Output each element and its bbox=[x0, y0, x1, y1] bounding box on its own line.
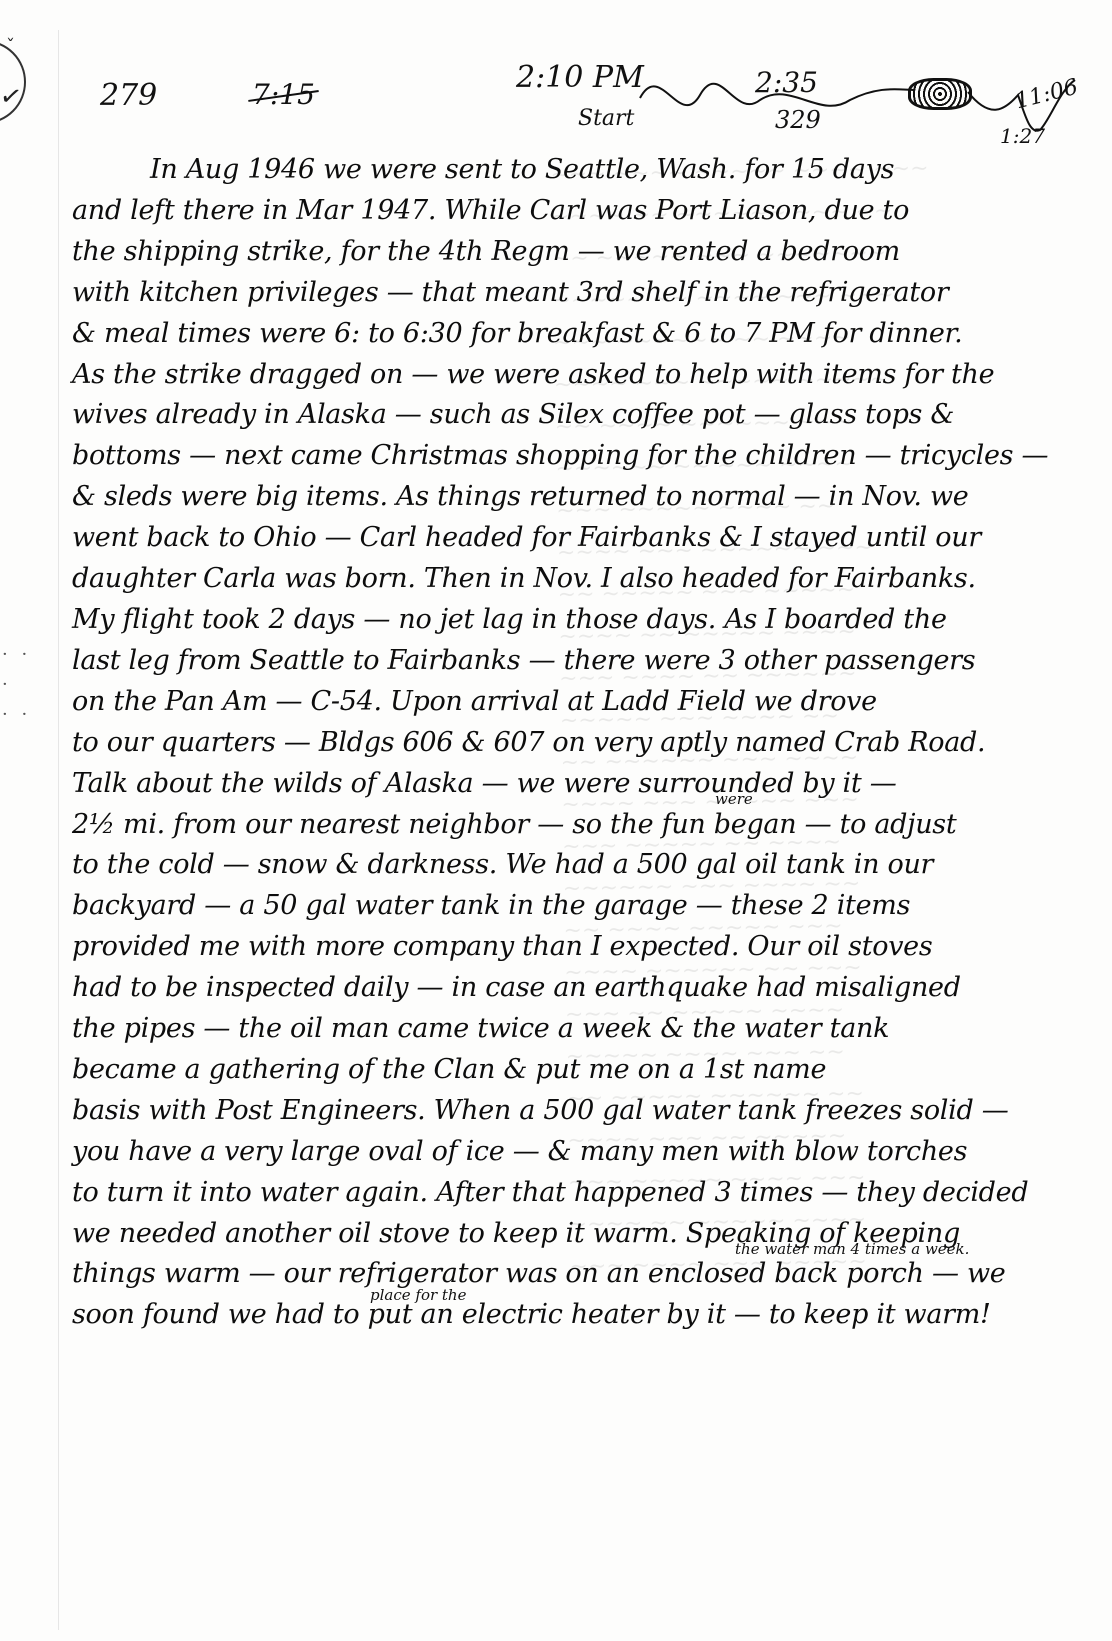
mid-count: 329 bbox=[775, 106, 821, 134]
text-line: to our quarters — Bldgs 606 & 607 on ver… bbox=[72, 723, 1072, 764]
margin-rule bbox=[58, 30, 59, 1630]
text-line: & meal times were 6: to 6:30 for breakfa… bbox=[72, 314, 1072, 355]
text-line: the pipes — the oil man came twice a wee… bbox=[72, 1009, 1072, 1050]
text-line: soon found we had to put an electric hea… bbox=[72, 1295, 1072, 1336]
text-line: to the cold — snow & darkness. We had a … bbox=[72, 845, 1072, 886]
text-line: 2½ mi. from our nearest neighbor — so th… bbox=[72, 805, 1072, 846]
check-mark-icon: ✓ bbox=[0, 80, 24, 113]
page-number: 279 bbox=[100, 78, 157, 113]
insertion-place-for-the: place for the bbox=[370, 1286, 466, 1304]
text-line: My flight took 2 days — no jet lag in th… bbox=[72, 600, 1072, 641]
text-line: wives already in Alaska — such as Silex … bbox=[72, 395, 1072, 436]
text-line: last leg from Seattle to Fairbanks — the… bbox=[72, 641, 1072, 682]
text-line: to turn it into water again. After that … bbox=[72, 1173, 1072, 1214]
start-label: Start bbox=[578, 106, 634, 131]
text-line: In Aug 1946 we were sent to Seattle, Was… bbox=[72, 150, 1072, 191]
corner-tick-mark: ˇ bbox=[6, 36, 15, 57]
text-line: provided me with more company than I exp… bbox=[72, 927, 1072, 968]
text-line: went back to Ohio — Carl headed for Fair… bbox=[72, 518, 1072, 559]
insertion-water-man-note: the water man 4 times a week. bbox=[735, 1240, 969, 1258]
text-line: daughter Carla was born. Then in Nov. I … bbox=[72, 559, 1072, 600]
text-line: & sleds were big items. As things return… bbox=[72, 477, 1072, 518]
text-line: with kitchen privileges — that meant 3rd… bbox=[72, 273, 1072, 314]
text-line: you have a very large oval of ice — & ma… bbox=[72, 1132, 1072, 1173]
text-line: on the Pan Am — C-54. Upon arrival at La… bbox=[72, 682, 1072, 723]
struck-number: 7:15 bbox=[252, 78, 315, 111]
start-time: 2:10 PM bbox=[516, 60, 644, 95]
text-line: things warm — our refrigerator was on an… bbox=[72, 1254, 1072, 1295]
mid-time: 2:35 bbox=[755, 66, 818, 99]
scribbled-out-mark bbox=[908, 78, 972, 110]
scanned-page: ˇ ✓ · ··· · ~~~ ~~~~ ~~~~~ ~~~~ ~~~~~~~ … bbox=[0, 0, 1112, 1641]
text-line: bottoms — next came Christmas shopping f… bbox=[72, 436, 1072, 477]
small-note: 1:27 bbox=[1000, 124, 1045, 148]
stray-ink-marks: · ··· · bbox=[2, 640, 32, 730]
insertion-were: were bbox=[715, 790, 753, 808]
handwritten-letter-body: In Aug 1946 we were sent to Seattle, Was… bbox=[72, 150, 1072, 1336]
end-time: 11:06 bbox=[1013, 75, 1081, 115]
text-line: had to be inspected daily — in case an e… bbox=[72, 968, 1072, 1009]
text-line: basis with Post Engineers. When a 500 ga… bbox=[72, 1091, 1072, 1132]
text-line: and left there in Mar 1947. While Carl w… bbox=[72, 191, 1072, 232]
text-line: backyard — a 50 gal water tank in the ga… bbox=[72, 886, 1072, 927]
text-line: became a gathering of the Clan & put me … bbox=[72, 1050, 1072, 1091]
text-line: As the strike dragged on — we were asked… bbox=[72, 355, 1072, 396]
text-line: Talk about the wilds of Alaska — we were… bbox=[72, 764, 1072, 805]
text-line: the shipping strike, for the 4th Regm — … bbox=[72, 232, 1072, 273]
